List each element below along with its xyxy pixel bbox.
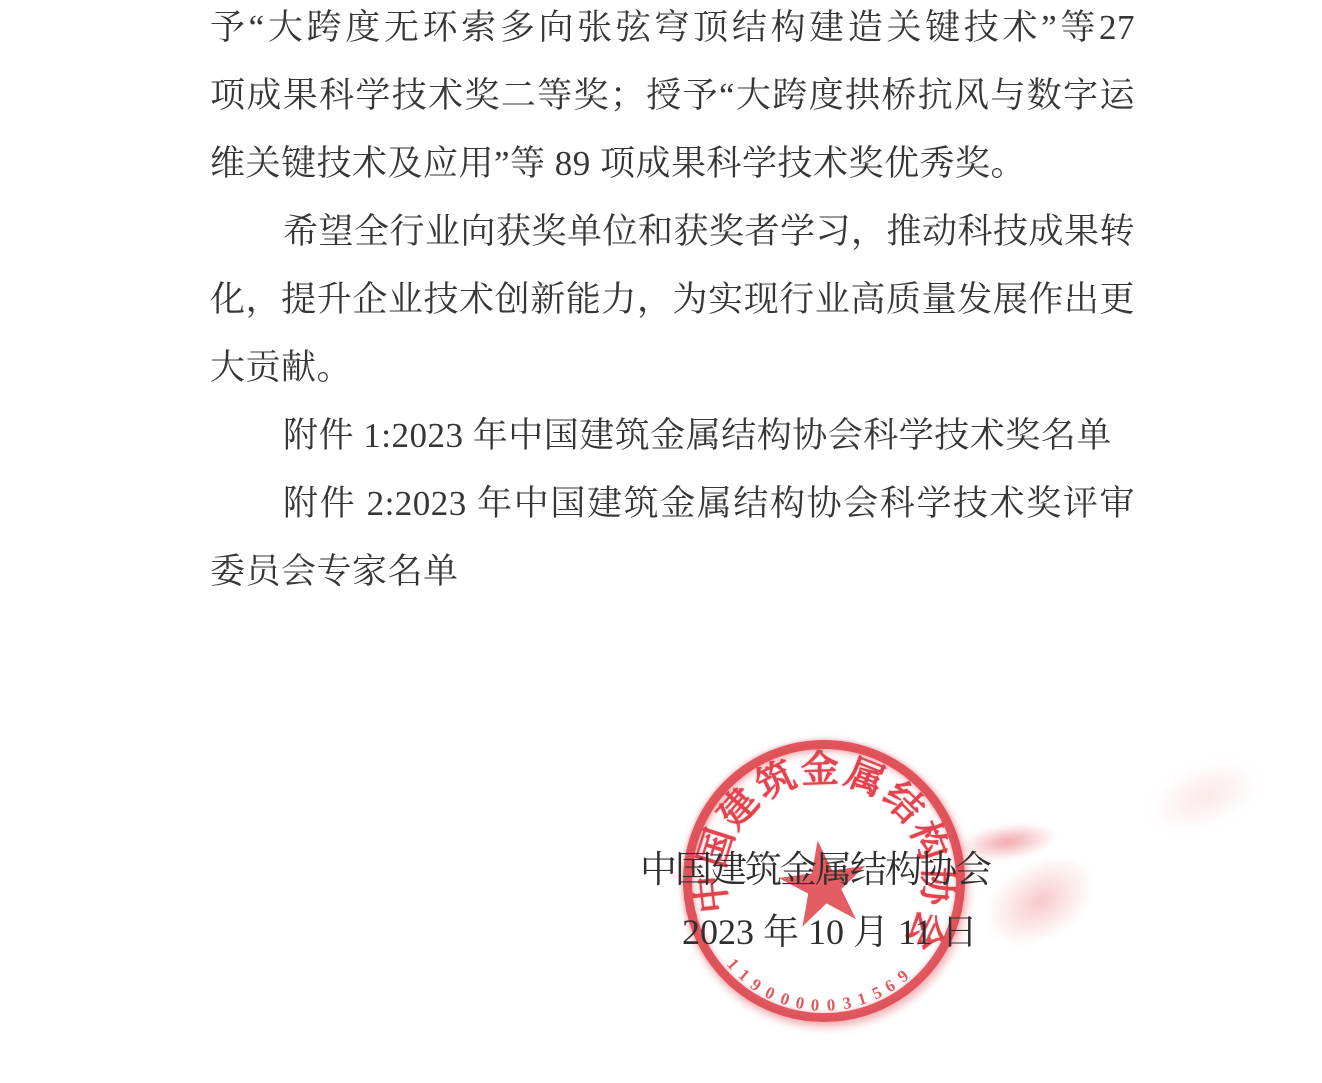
text-line: 维关键技术及应用”等 89 项成果科学技术奖优秀奖。 [210,130,1135,198]
body-text: 予“大跨度无环索多向张弦穹顶结构建造关键技术”等27项成果科学技术奖二等奖；授予… [210,0,1135,606]
signature-date: 2023 年 10 月 11 日 [682,904,978,955]
text-line: 大贡献。 [210,334,1135,402]
text-line: 项成果科学技术奖二等奖；授予“大跨度拱桥抗风与数字运 [210,62,1135,130]
text-line: 委员会专家名单 [210,538,1135,606]
signature-org: 中国建筑金属结构协会 [640,839,990,893]
ink-smudge [1138,746,1272,845]
text-line: 化，提升企业技术创新能力，为实现行业高质量发展作出更 [210,266,1135,334]
text-line: 希望全行业向获奖单位和获奖者学习，推动科技成果转 [210,198,1135,266]
document-page: 予“大跨度无环索多向张弦穹顶结构建造关键技术”等27项成果科学技术奖二等奖；授予… [0,0,1322,1083]
seal-code-digit: 0 [826,996,835,1013]
text-line: 附件 1:2023 年中国建筑金属结构协会科学技术奖名单 [210,402,1135,470]
text-line: 予“大跨度无环索多向张弦穹顶结构建造关键技术”等27 [210,0,1135,62]
text-line: 附件 2:2023 年中国建筑金属结构协会科学技术奖评审 [210,470,1135,538]
seal-arc-char: 金 [800,750,839,789]
seal-code-digit: 0 [811,996,821,1014]
